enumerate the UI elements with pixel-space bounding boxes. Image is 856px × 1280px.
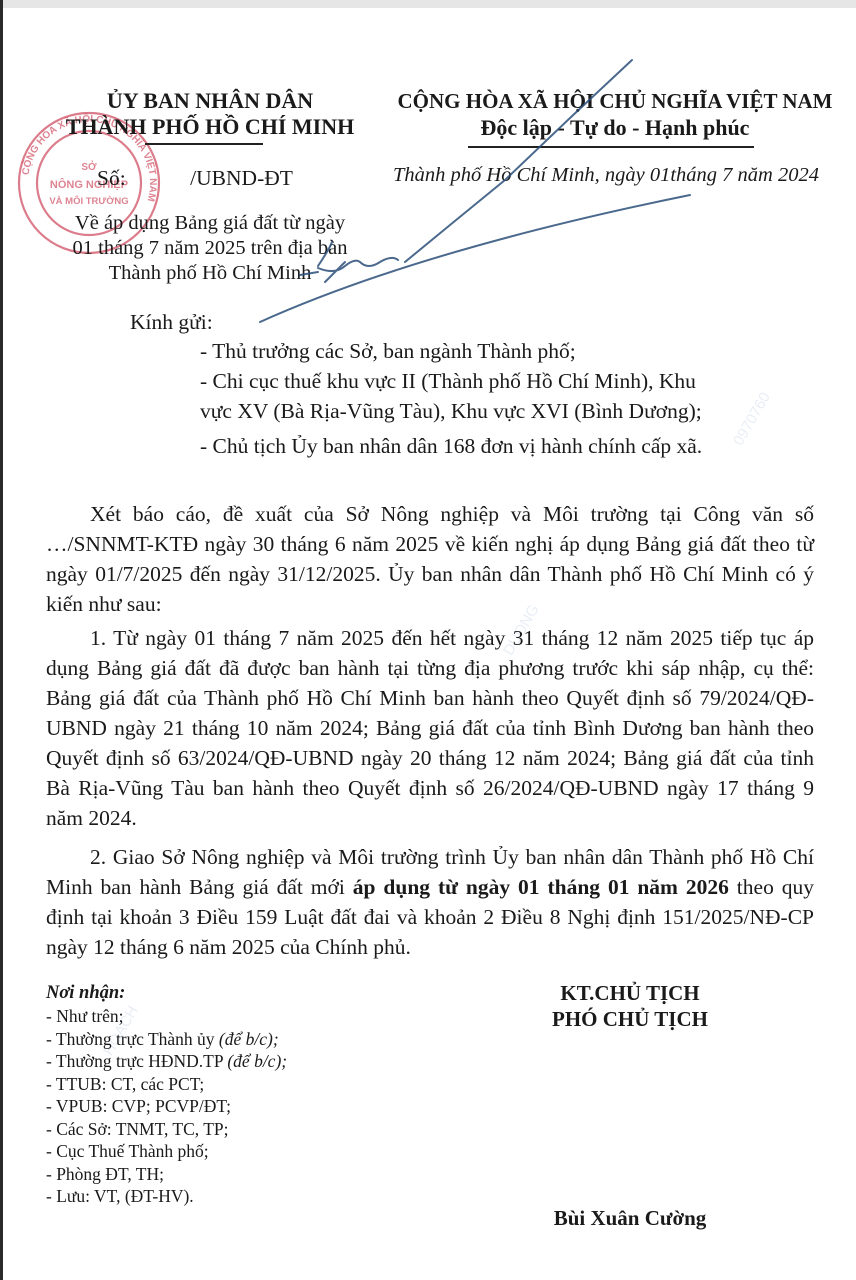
- recipients-list: - Thủ trưởng các Sở, ban ngành Thành phố…: [200, 336, 760, 461]
- recipient-item: - Chủ tịch Ủy ban nhân dân 168 đơn vị hà…: [200, 431, 760, 461]
- distribution-item: - Lưu: VT, (ĐT-HV).: [46, 1185, 287, 1208]
- national-title: CỘNG HÒA XÃ HỘI CHỦ NGHĨA VIỆT NAM Độc l…: [375, 88, 855, 142]
- document-number: Số: /UBND-ĐT: [97, 163, 293, 193]
- distribution-item: - Các Sở: TNMT, TC, TP;: [46, 1118, 287, 1141]
- distribution-label: Nơi nhận:: [46, 981, 287, 1005]
- intro-paragraph: Xét báo cáo, đề xuất của Sở Nông nghiệp …: [46, 499, 814, 619]
- signatory-name: Bùi Xuân Cường: [500, 1206, 760, 1231]
- distribution-item: - Thường trực HĐND.TP (để b/c);: [46, 1050, 287, 1073]
- document-subject: Về áp dụng Bảng giá đất từ ngày 01 tháng…: [40, 211, 380, 286]
- distribution-items: - Như trên;- Thường trực Thành ủy (để b/…: [46, 1005, 287, 1208]
- place-and-date: Thành phố Hồ Chí Minh, ngày 01tháng 7 nă…: [393, 164, 819, 187]
- signatory-line1: KT.CHỦ TỊCH: [500, 980, 760, 1006]
- nation-name: CỘNG HÒA XÃ HỘI CHỦ NGHĨA VIỆT NAM: [375, 88, 855, 114]
- subject-line: Về áp dụng Bảng giá đất từ ngày: [40, 211, 380, 236]
- distribution-item: - TTUB: CT, các PCT;: [46, 1073, 287, 1096]
- top-border: [0, 0, 856, 8]
- recipient-item: - Chi cục thuế khu vực II (Thành phố Hồ …: [200, 366, 760, 396]
- point-2-paragraph: 2. Giao Sở Nông nghiệp và Môi trường trì…: [46, 842, 814, 962]
- svg-text:SỞ: SỞ: [81, 160, 97, 173]
- left-border: [0, 0, 3, 1280]
- point-1-paragraph: 1. Từ ngày 01 tháng 7 năm 2025 đến hết n…: [46, 623, 814, 833]
- subject-line: 01 tháng 7 năm 2025 trên địa bàn: [40, 236, 380, 261]
- distribution-item: - Như trên;: [46, 1005, 287, 1028]
- agency-underline: [145, 143, 263, 145]
- recipient-item: vực XV (Bà Rịa-Vũng Tàu), Khu vực XVI (B…: [200, 396, 760, 426]
- recipients-label: Kính gửi:: [130, 307, 213, 337]
- svg-text:VÀ MÔI TRƯỜNG: VÀ MÔI TRƯỜNG: [49, 195, 128, 207]
- distribution-item: - Phòng ĐT, TH;: [46, 1163, 287, 1186]
- signatory-title: KT.CHỦ TỊCH PHÓ CHỦ TỊCH: [500, 980, 760, 1032]
- distribution-list: Nơi nhận: - Như trên;- Thường trực Thành…: [46, 981, 287, 1208]
- motto-underline: [468, 146, 754, 148]
- national-motto: Độc lập - Tự do - Hạnh phúc: [375, 114, 855, 142]
- agency-line2: THÀNH PHỐ HỒ CHÍ MINH: [40, 114, 380, 140]
- signatory-line2: PHÓ CHỦ TỊCH: [500, 1006, 760, 1032]
- distribution-item: - Thường trực Thành ủy (để b/c);: [46, 1028, 287, 1051]
- distribution-item: - VPUB: CVP; PCVP/ĐT;: [46, 1095, 287, 1118]
- point-2-effective-date: áp dụng từ ngày 01 tháng 01 năm 2026: [353, 875, 729, 899]
- subject-line: Thành phố Hồ Chí Minh: [40, 261, 380, 286]
- recipient-item: - Thủ trưởng các Sở, ban ngành Thành phố…: [200, 336, 760, 366]
- agency-name: ỦY BAN NHÂN DÂN THÀNH PHỐ HỒ CHÍ MINH: [40, 88, 380, 140]
- distribution-item: - Cục Thuế Thành phố;: [46, 1140, 287, 1163]
- agency-line1: ỦY BAN NHÂN DÂN: [40, 88, 380, 114]
